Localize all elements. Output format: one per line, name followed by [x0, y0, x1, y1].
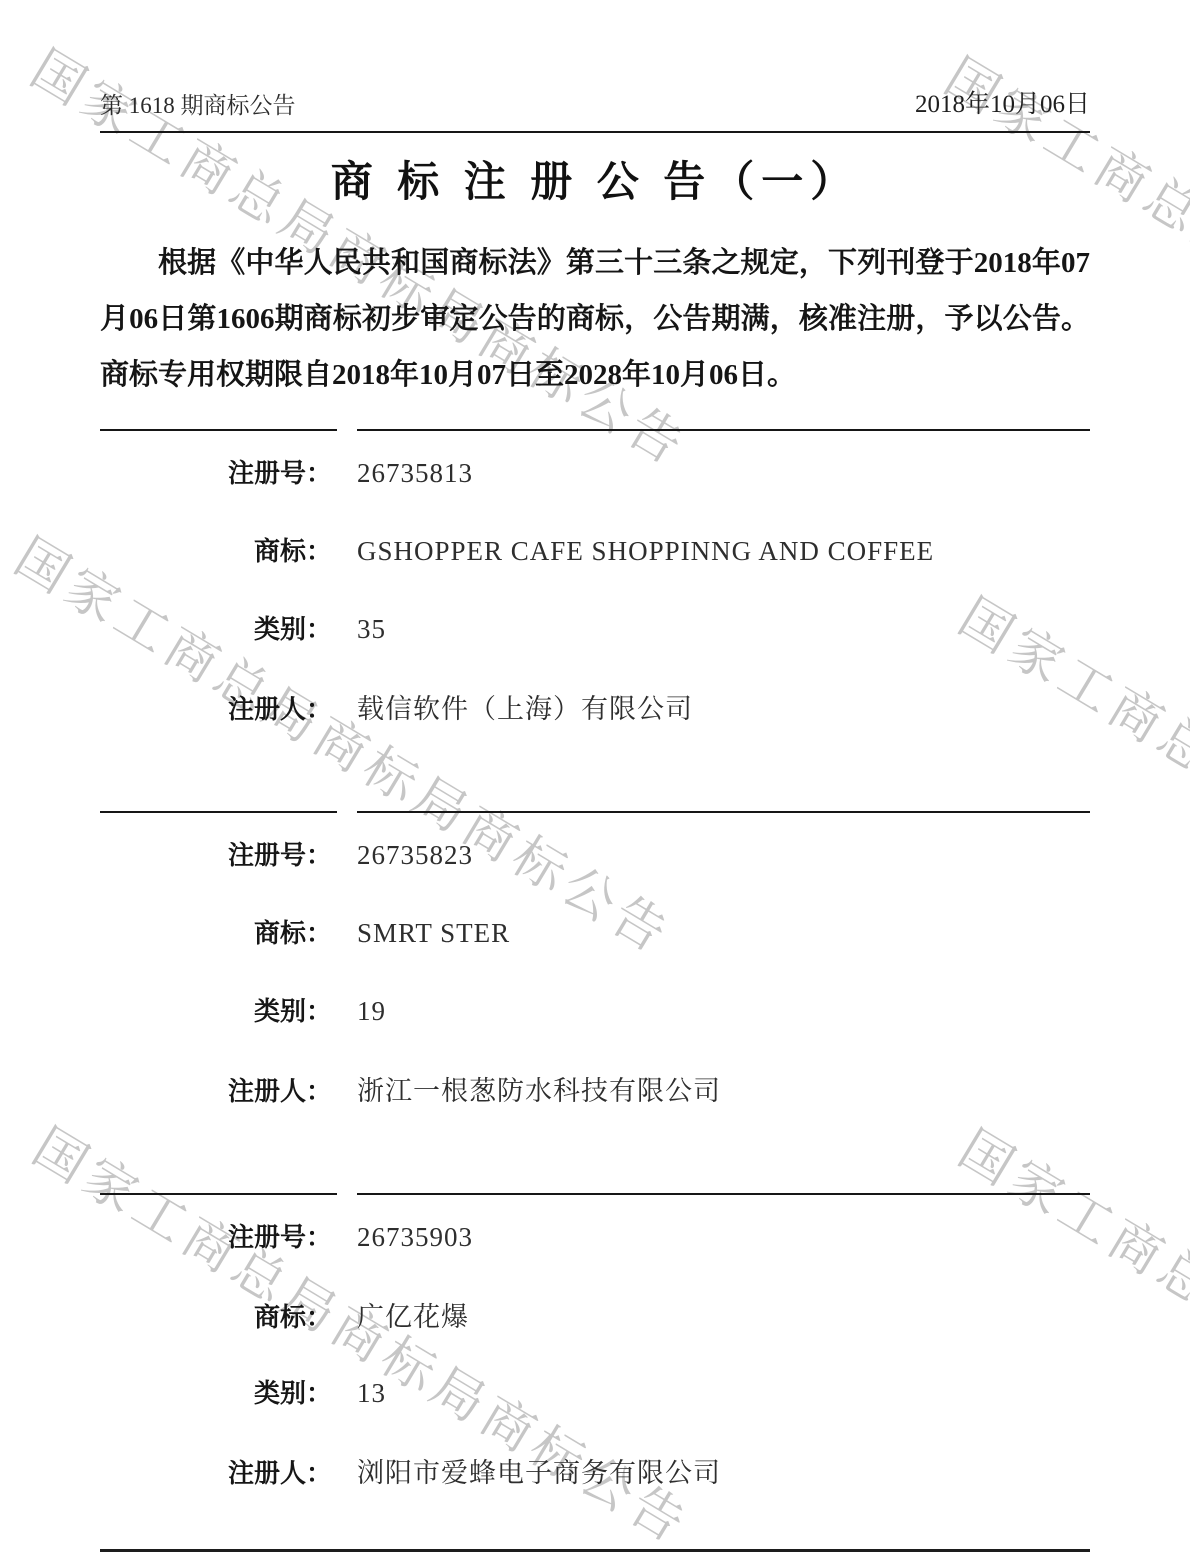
header-rule [100, 131, 1090, 133]
trademark-record: 注册号： 26735903 商标： 广亿花爆 类别： 13 注册人： 浏阳市爱蜂… [100, 1195, 1090, 1549]
regno-value: 26735823 [357, 840, 473, 871]
intro-paragraph: 根据《中华人民共和国商标法》第三十三条之规定，下列刊登于2018年07月06日第… [100, 235, 1090, 403]
record-divider [100, 1193, 1090, 1195]
class-label: 类别： [100, 609, 332, 646]
trademark-record: 注册号： 26735813 商标： GSHOPPER CAFE SHOPPINN… [100, 431, 1090, 785]
mark-label: 商标： [100, 1297, 332, 1334]
regno-label: 注册号： [100, 453, 332, 490]
mark-value: SMRT STER [357, 918, 510, 949]
record-row-regno: 注册号： 26735903 [100, 1217, 1090, 1249]
class-label: 类别： [100, 991, 332, 1028]
record-row-class: 类别： 35 [100, 609, 1090, 641]
mark-value: GSHOPPER CAFE SHOPPINNG AND COFFEE [357, 536, 934, 567]
mark-value: 广亿花爆 [357, 1295, 469, 1334]
record-divider [100, 429, 1090, 431]
mark-label: 商标： [100, 913, 332, 950]
record-row-class: 类别： 13 [100, 1373, 1090, 1405]
gazette-issue-label: 第 1618 期商标公告 [100, 87, 296, 120]
gazette-page: { "page": { "header": { "issue": "第 1618… [0, 0, 1190, 1564]
record-row-regno: 注册号： 26735823 [100, 835, 1090, 867]
trademark-record: 注册号： 26735823 商标： SMRT STER 类别： 19 注册人： … [100, 813, 1090, 1167]
registrant-label: 注册人： [100, 1071, 332, 1108]
page-content: 第 1618 期商标公告 2018年10月06日 商 标 注 册 公 告（一） … [100, 0, 1090, 1552]
class-value: 35 [357, 614, 386, 645]
record-row-mark: 商标： 广亿花爆 [100, 1295, 1090, 1327]
record-row-mark: 商标： GSHOPPER CAFE SHOPPINNG AND COFFEE [100, 531, 1090, 563]
registrant-label: 注册人： [100, 689, 332, 726]
class-value: 19 [357, 996, 386, 1027]
record-row-mark: 商标： SMRT STER [100, 913, 1090, 945]
class-label: 类别： [100, 1373, 332, 1410]
page-header: 第 1618 期商标公告 2018年10月06日 [100, 86, 1090, 120]
page-title: 商 标 注 册 公 告（一） [100, 149, 1090, 209]
registrant-value: 载信软件（上海）有限公司 [357, 687, 693, 726]
regno-label: 注册号： [100, 835, 332, 872]
record-divider [100, 811, 1090, 813]
record-row-registrant: 注册人： 浙江一根葱防水科技有限公司 [100, 1069, 1090, 1101]
record-row-class: 类别： 19 [100, 991, 1090, 1023]
record-row-regno: 注册号： 26735813 [100, 453, 1090, 485]
gazette-date: 2018年10月06日 [915, 84, 1090, 120]
mark-label: 商标： [100, 531, 332, 568]
bottom-rule [100, 1549, 1090, 1552]
regno-label: 注册号： [100, 1217, 332, 1254]
registrant-label: 注册人： [100, 1453, 332, 1490]
class-value: 13 [357, 1378, 386, 1409]
record-row-registrant: 注册人： 载信软件（上海）有限公司 [100, 687, 1090, 719]
record-row-registrant: 注册人： 浏阳市爱蜂电子商务有限公司 [100, 1451, 1090, 1483]
registrant-value: 浏阳市爱蜂电子商务有限公司 [357, 1451, 721, 1490]
regno-value: 26735903 [357, 1222, 473, 1253]
regno-value: 26735813 [357, 458, 473, 489]
registrant-value: 浙江一根葱防水科技有限公司 [357, 1069, 721, 1108]
